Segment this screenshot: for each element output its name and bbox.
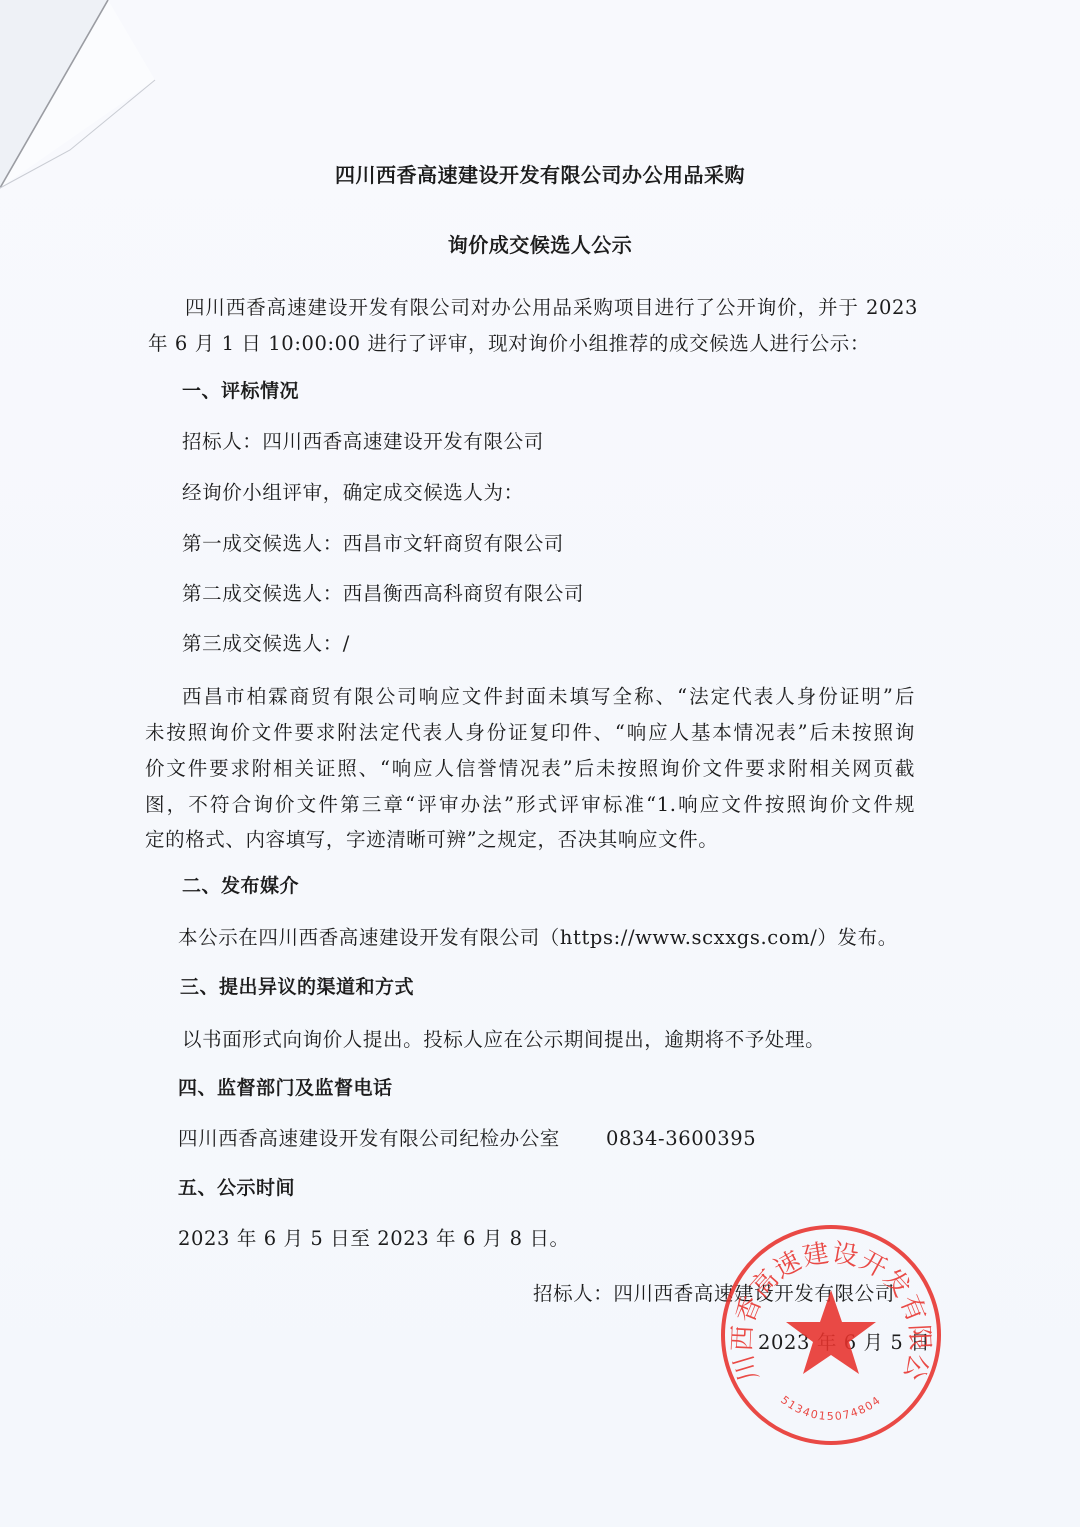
intro-line-1: 四川西香高速建设开发有限公司对办公用品采购项目进行了公开询价，并于 2023 <box>185 294 918 322</box>
section-4-heading: 四、监督部门及监督电话 <box>178 1074 393 1102</box>
candidate-2: 第二成交候选人：西昌衡西高科商贸有限公司 <box>182 580 584 608</box>
svg-text:5134015074804: 5134015074804 <box>778 1393 884 1423</box>
rejection-line-2: 未按照询价文件要求附法定代表人身份证复印件、“响应人基本情况表”后未按照询 <box>145 719 915 747</box>
review-note: 经询价小组评审，确定成交候选人为： <box>182 479 524 507</box>
publicity-period: 2023 年 6 月 5 日至 2023 年 6 月 8 日。 <box>178 1225 570 1253</box>
supervision-phone: 0834-3600395 <box>606 1125 756 1153</box>
document-page: 四川西香高速建设开发有限公司办公用品采购 询价成交候选人公示 四川西香高速建设开… <box>0 0 1080 1527</box>
tenderer-line: 招标人：四川西香高速建设开发有限公司 <box>182 428 544 456</box>
rejection-line-4: 图，不符合询价文件第三章“评审办法”形式评审标准“1.响应文件按照询价文件规 <box>145 791 915 819</box>
section-1-heading: 一、评标情况 <box>182 377 299 405</box>
rejection-line-5: 定的格式、内容填写，字迹清晰可辨”之规定，否决其响应文件。 <box>145 826 718 854</box>
title-line-2: 询价成交候选人公示 <box>0 230 1080 260</box>
supervision-dept: 四川西香高速建设开发有限公司纪检办公室 <box>178 1125 560 1153</box>
objection-text: 以书面形式向询价人提出。投标人应在公示期间提出，逾期将不予处理。 <box>182 1026 825 1054</box>
section-3-heading: 三、提出异议的渠道和方式 <box>180 973 414 1001</box>
svg-text:四川西香高速建设开发有限公司: 四川西香高速建设开发有限公司 <box>716 1220 935 1385</box>
rejection-line-3: 价文件要求附相关证照、“响应人信誉情况表”后未按照询价文件要求附相关网页截 <box>145 755 915 783</box>
intro-line-2: 年 6 月 1 日 10:00:00 进行了评审，现对询价小组推荐的成交候选人进… <box>148 330 870 358</box>
company-seal-icon: 四川西香高速建设开发有限公司 5134015074804 <box>716 1220 946 1450</box>
section-2-heading: 二、发布媒介 <box>182 872 299 900</box>
title-line-1: 四川西香高速建设开发有限公司办公用品采购 <box>0 160 1080 190</box>
candidate-3: 第三成交候选人：/ <box>182 630 350 658</box>
publish-media-text: 本公示在四川西香高速建设开发有限公司（https://www.scxxgs.co… <box>178 924 898 952</box>
section-5-heading: 五、公示时间 <box>178 1174 295 1202</box>
candidate-1: 第一成交候选人：西昌市文轩商贸有限公司 <box>182 530 564 558</box>
rejection-line-1: 西昌市柏霖商贸有限公司响应文件封面未填写全称、“法定代表人身份证明”后 <box>182 683 915 711</box>
